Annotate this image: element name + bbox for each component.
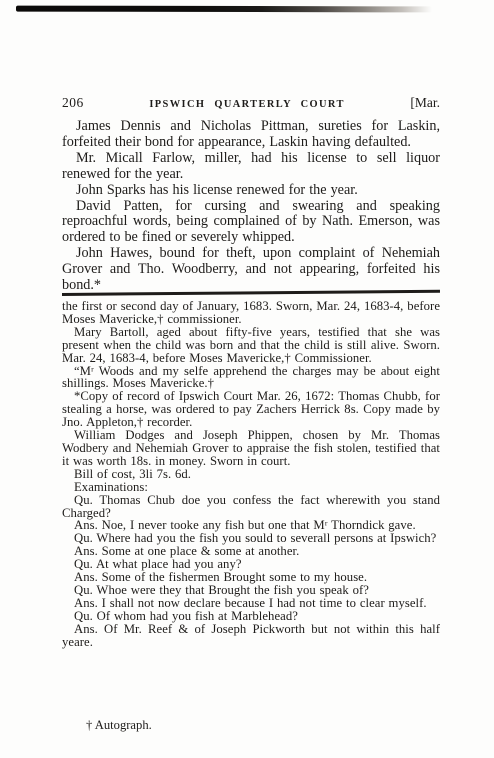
paragraph: William Dodges and Joseph Phippen, chose…	[62, 429, 440, 468]
paragraph: Ans. I shall not now declare because I h…	[62, 597, 440, 610]
paragraph: David Patten, for cursing and swearing a…	[62, 199, 440, 247]
paragraph: *Copy of record of Ipswich Court Mar. 26…	[62, 390, 440, 429]
paragraph: Mary Bartoll, aged about fifty-five year…	[62, 326, 440, 365]
autograph-footnote: † Autograph.	[86, 718, 152, 733]
paragraph: Mr. Micall Farlow, miller, had his licen…	[62, 151, 440, 183]
header-month-marker: [Mar.	[410, 95, 440, 111]
running-title: IPSWICH QUARTERLY COURT	[84, 99, 411, 110]
scan-artifact-ink-bar	[16, 6, 436, 13]
paragraph: Ans. Of Mr. Reef & of Joseph Pickworth b…	[62, 623, 440, 649]
paragraph: James Dennis and Nicholas Pittman, suret…	[62, 119, 440, 151]
paragraph: Qu. Whoe were they that Brought the fish…	[62, 584, 440, 597]
book-page: 206 IPSWICH QUARTERLY COURT [Mar. James …	[0, 0, 494, 758]
paragraph: Qu. Of whom had you fish at Marblehead?	[62, 610, 440, 623]
page-header: 206 IPSWICH QUARTERLY COURT [Mar.	[62, 95, 440, 111]
paragraph: Qu. Thomas Chub doe you confess the fact…	[62, 494, 440, 520]
paragraph: the first or second day of January, 1683…	[62, 300, 440, 326]
main-text-block: James Dennis and Nicholas Pittman, suret…	[62, 119, 440, 294]
page-number: 206	[62, 95, 84, 111]
paragraph: “Mʳ Woods and my selfe apprehend the cha…	[62, 365, 440, 391]
paragraph: John Hawes, bound for theft, upon compla…	[62, 246, 440, 294]
paragraph: Bill of cost, 3li 7s. 6d.	[62, 468, 440, 481]
footnote-text-block: the first or second day of January, 1683…	[62, 300, 440, 648]
paragraph: Ans. Some of the fishermen Brought some …	[62, 571, 440, 584]
paragraph: Examinations:	[62, 481, 440, 494]
paragraph: John Sparks has his license renewed for …	[62, 183, 440, 199]
